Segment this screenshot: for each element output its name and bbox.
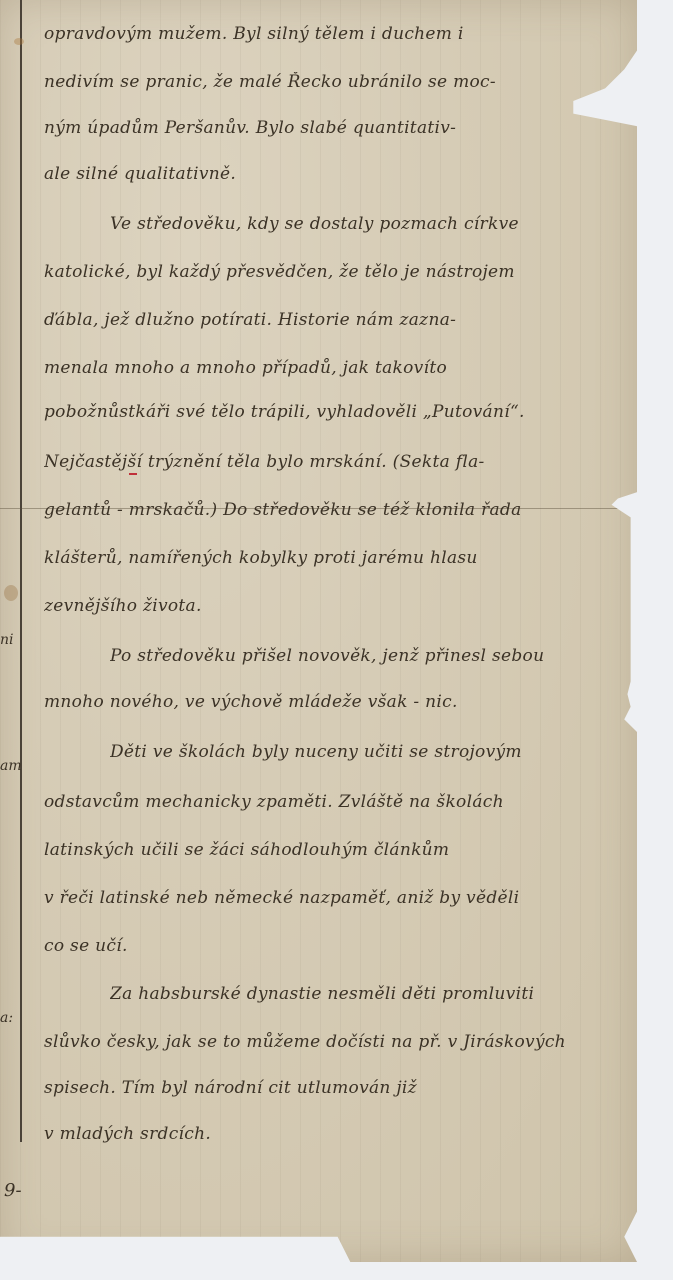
margin-fragment: ni bbox=[0, 632, 14, 648]
text-line: latinských učili se žáci sáhodlouhým člá… bbox=[44, 840, 597, 860]
page-number-value: 9 bbox=[4, 1180, 15, 1201]
text-line: Po středověku přišel novověk, jenž přine… bbox=[110, 646, 597, 666]
margin-fragment: am bbox=[0, 758, 22, 774]
text-line: mnoho nového, ve výchově mládeže však - … bbox=[44, 692, 597, 712]
text-line: katolické, byl každý přesvědčen, že tělo… bbox=[44, 262, 597, 282]
stain bbox=[14, 38, 24, 45]
text-line: gelantů - mrskačů.) Do středověku se též… bbox=[44, 500, 597, 520]
text-line: menala mnoho a mnoho případů, jak takoví… bbox=[44, 358, 597, 378]
text-line: Děti ve školách byly nuceny učiti se str… bbox=[110, 742, 597, 762]
margin-fragment: a: bbox=[0, 1010, 13, 1026]
ink-stain bbox=[4, 585, 18, 601]
text-line: ďábla, jež dlužno potírati. Historie nám… bbox=[44, 310, 597, 330]
page-number: 9- bbox=[4, 1180, 22, 1201]
text-line: ným úpadům Peršanův. Bylo slabé quantita… bbox=[44, 118, 597, 138]
text-line: spisech. Tím byl národní cit utlumován j… bbox=[44, 1078, 597, 1098]
text-line: Za habsburské dynastie nesměli děti prom… bbox=[110, 984, 597, 1004]
text-line: ale silné qualitativně. bbox=[44, 164, 597, 184]
text-line: odstavcům mechanicky zpaměti. Zvláště na… bbox=[44, 792, 597, 812]
text-line: Nejčastější trýznění těla bylo mrskání. … bbox=[44, 452, 597, 472]
text-line: nedivím se pranic, že malé Řecko ubránil… bbox=[44, 72, 597, 92]
text-line: zevnějšího života. bbox=[44, 596, 597, 616]
text-line: v mladých srdcích. bbox=[44, 1124, 597, 1144]
text-line: v řeči latinské neb německé nazpaměť, an… bbox=[44, 888, 597, 908]
text-line: opravdovým mužem. Byl silný tělem i duch… bbox=[44, 24, 597, 44]
text-line: klášterů, namířených kobylky proti jarém… bbox=[44, 548, 597, 568]
margin-rule bbox=[20, 0, 22, 1142]
manuscript-page: opravdovým mužem. Byl silný tělem i duch… bbox=[0, 0, 637, 1262]
text-line: pobožnůstkáři své tělo trápili, vyhladov… bbox=[44, 402, 597, 422]
text-line: Ve středověku, kdy se dostaly pozmach cí… bbox=[110, 214, 597, 234]
red-underline-mark bbox=[129, 473, 137, 475]
text-line: co se učí. bbox=[44, 936, 597, 956]
text-line: slůvko česky, jak se to můžeme dočísti n… bbox=[44, 1032, 597, 1052]
